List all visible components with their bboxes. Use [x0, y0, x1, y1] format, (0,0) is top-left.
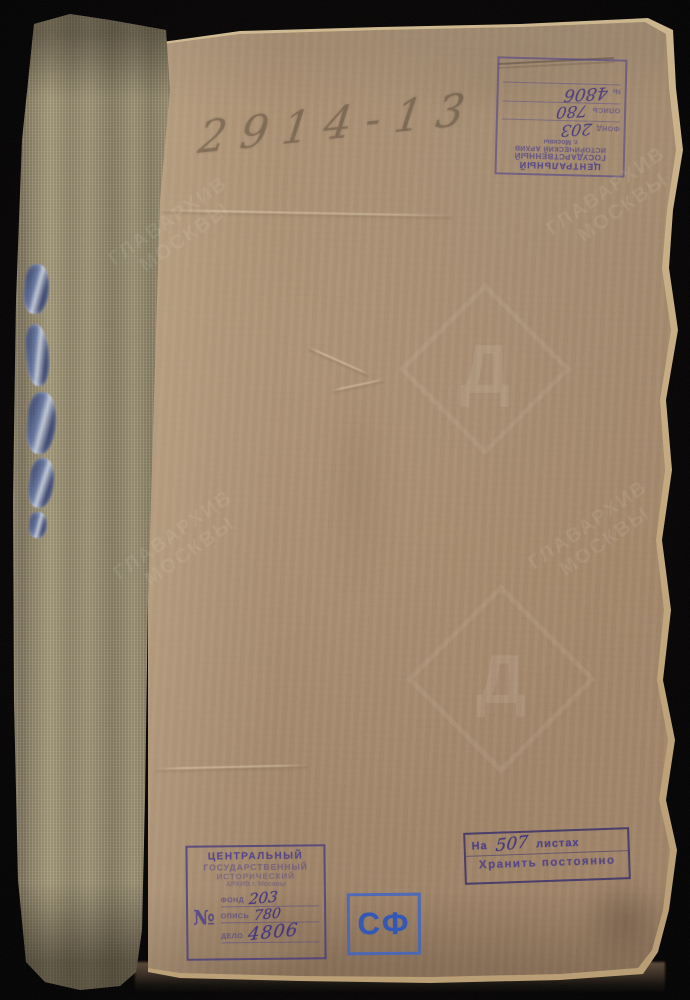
opis-label: ОПИСЬ: [221, 913, 249, 922]
delo-value-handwritten: 4806: [563, 83, 609, 103]
opis-label: ОПИСЬ: [592, 104, 620, 114]
archive-stamp-upper: ЦЕНТРАЛЬНЫЙ ГОСУДАРСТВЕННЫЙ ИСТОРИЧЕСКИЙ…: [494, 56, 627, 177]
delo-label: ДЕЛО: [221, 933, 243, 942]
archive-stamp-lower: ЦЕНТРАЛЬНЫЙ ГОСУДАРСТВЕННЫЙ ИСТОРИЧЕСКИЙ…: [185, 844, 326, 960]
stamp-fond-field: ФОНД 203: [221, 890, 319, 907]
paper-stain: [322, 368, 392, 598]
fond-value-handwritten: 203: [560, 121, 593, 139]
stamp-delo-field: № 4806: [502, 81, 620, 102]
sheets-suffix: листах: [536, 837, 580, 853]
stamp-delo-field: ДЕЛО 4806: [221, 923, 319, 943]
stamp-opis-field: ОПИСЬ 780: [221, 907, 319, 923]
fond-value-handwritten: 203: [248, 890, 278, 908]
stamp-org-line: АРХИВ г. Москвы: [193, 880, 319, 888]
opis-value-handwritten: 780: [555, 102, 588, 120]
stamp-fields: № ФОНД 203 ОПИСЬ 780 ДЕЛО 4806: [193, 889, 320, 943]
sf-microfilm-stamp: СФ: [347, 893, 422, 956]
sf-stamp-text: СФ: [357, 906, 410, 942]
sheets-count-handwritten: 507: [495, 834, 529, 855]
number-sign: №: [193, 905, 215, 929]
fond-label: ФОНД: [596, 122, 620, 132]
paper-crease: [156, 764, 308, 770]
fond-label: ФОНД: [221, 897, 245, 906]
stamp-field-rows: ФОНД 203 ОПИСЬ 780 ДЕЛО 4806: [221, 889, 320, 943]
sheets-prefix: На: [471, 840, 488, 855]
sheets-count-stamp: На 507 листах Хранить постоянно: [463, 827, 631, 885]
archival-book-cover-photo: 2914-13 ЦЕНТРАЛЬНЫЙ ГОСУДАРСТВЕННЫЙ ИСТО…: [0, 0, 690, 1000]
paper-crease: [162, 209, 452, 217]
delo-label: №: [612, 85, 621, 94]
stamp-opis-field: ОПИСЬ 780: [502, 100, 620, 120]
delo-value-handwritten: 4806: [247, 921, 299, 944]
